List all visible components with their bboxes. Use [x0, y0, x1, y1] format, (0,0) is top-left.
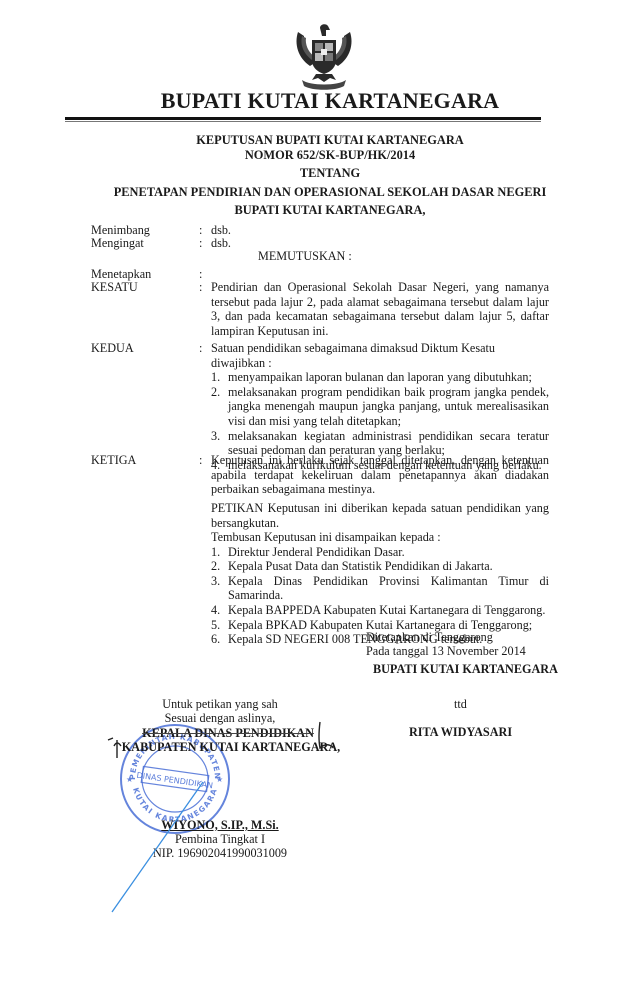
list-item-number: 1. — [211, 370, 220, 385]
list-item: 2.Kepala Pusat Data dan Statistik Pendid… — [211, 559, 549, 574]
memutuskan-heading: MEMUTUSKAN : — [258, 249, 352, 264]
signatory-name: RITA WIDYASARI — [409, 725, 512, 740]
certifier-nip: NIP. 196902041990031009 — [130, 846, 310, 861]
kedua-label: KEDUA — [91, 341, 134, 356]
tembusan-intro: Tembusan Keputusan ini disampaikan kepad… — [211, 530, 549, 545]
decree-title: KEPUTUSAN BUPATI KUTAI KARTANEGARA — [60, 133, 600, 148]
svg-text:★: ★ — [216, 775, 223, 784]
certifier-name: WIYONO, S.IP., M.Si. — [140, 818, 300, 833]
list-item-number: 4. — [211, 603, 220, 618]
certifier-rank: Pembina Tingkat I — [140, 832, 300, 847]
letterhead-title: BUPATI KUTAI KARTANEGARA — [150, 88, 510, 114]
signature-date: Pada tanggal 13 November 2014 — [366, 644, 526, 659]
list-item: 1.menyampaikan laporan bulanan dan lapor… — [211, 370, 549, 385]
decree-number: NOMOR 652/SK-BUP/HK/2014 — [60, 148, 600, 163]
list-item-text: Direktur Jenderal Pendidikan Dasar. — [228, 545, 549, 560]
colon: : — [199, 341, 202, 356]
kesatu-label: KESATU — [91, 280, 138, 295]
mengingat-label: Mengingat — [91, 236, 144, 251]
garuda-emblem-icon — [292, 22, 356, 94]
ketiga-text: Keputusan ini berlaku sejak tanggal dite… — [211, 453, 549, 497]
list-item-number: 2. — [211, 385, 220, 400]
decree-authority: BUPATI KUTAI KARTANEGARA, — [60, 203, 600, 218]
list-item: 3.Kepala Dinas Pendidikan Provinsi Kalim… — [211, 574, 549, 603]
decree-subject: PENETAPAN PENDIRIAN DAN OPERASIONAL SEKO… — [60, 185, 600, 200]
colon: : — [199, 280, 202, 295]
list-item-number: 1. — [211, 545, 220, 560]
colon: : — [199, 236, 202, 251]
list-item: 2.melaksanakan program pendidikan baik p… — [211, 385, 549, 429]
decree-tentang: TENTANG — [60, 166, 600, 181]
certification-line1: Untuk petikan yang sah — [120, 697, 320, 712]
list-item-text: melaksanakan program pendidikan baik pro… — [228, 385, 549, 429]
list-item-number: 5. — [211, 618, 220, 633]
colon: : — [199, 453, 202, 468]
list-item-number: 3. — [211, 574, 220, 589]
list-item-number: 3. — [211, 429, 220, 444]
list-item-text: Kepala Pusat Data dan Statistik Pendidik… — [228, 559, 549, 574]
list-item-text: Kepala BAPPEDA Kabupaten Kutai Kartanega… — [228, 603, 549, 618]
svg-text:★: ★ — [126, 775, 133, 784]
list-item-text: Kepala Dinas Pendidikan Provinsi Kaliman… — [228, 574, 549, 603]
certification-office1: KEPALA DINAS PENDIDIKAN — [118, 726, 338, 741]
header-rule-thin — [65, 121, 541, 122]
list-item-number: 6. — [211, 632, 220, 647]
kedua-intro: Satuan pendidikan sebagaimana dimaksud D… — [211, 341, 549, 370]
list-item: 1.Direktur Jenderal Pendidikan Dasar. — [211, 545, 549, 560]
list-item-text: menyampaikan laporan bulanan dan laporan… — [228, 370, 549, 385]
ketiga-label: KETIGA — [91, 453, 136, 468]
header-rule — [65, 117, 541, 120]
list-item-number: 2. — [211, 559, 220, 574]
certification-office2: KABUPATEN KUTAI KARTANEGARA, — [116, 740, 346, 755]
signature-office: BUPATI KUTAI KARTANEGARA — [373, 662, 558, 677]
list-item: 4.Kepala BAPPEDA Kabupaten Kutai Kartane… — [211, 603, 549, 618]
petikan-text: PETIKAN Keputusan ini diberikan kepada s… — [211, 501, 549, 530]
kesatu-text: Pendirian dan Operasional Sekolah Dasar … — [211, 280, 549, 338]
signature-place: Ditetapkan di Tenggarong — [366, 630, 493, 645]
signature-ttd: ttd — [454, 697, 467, 712]
